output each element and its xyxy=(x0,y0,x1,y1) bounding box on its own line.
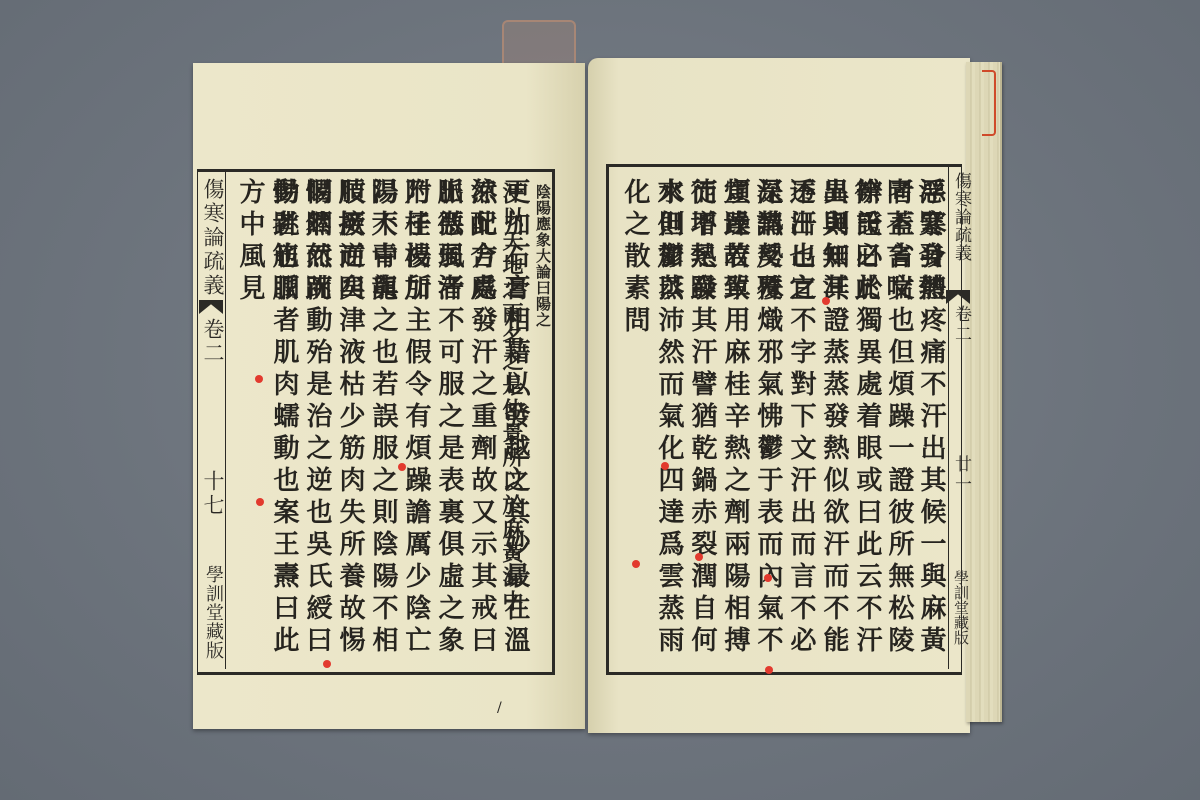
red-annotation-mark xyxy=(765,666,773,674)
red-annotation-mark xyxy=(323,660,331,668)
left-banxin-title: 傷寒論疏義 xyxy=(200,178,226,298)
right-banxin-publisher: 學訓堂藏版 xyxy=(950,570,972,645)
left-banxin-volume: 卷二 xyxy=(200,318,226,366)
red-annotation-mark xyxy=(632,560,640,568)
text-column: 動跳也瞤者肌肉蠕動也案王燾曰此方中風見 xyxy=(233,178,301,668)
red-annotation-mark xyxy=(764,574,772,582)
pencil-mark: / xyxy=(497,700,502,716)
text-column: 水則鬱蒸沛然而氣化四達爲雲蒸雨化之散素問 xyxy=(618,178,686,668)
left-banxin-leaf: 十七 xyxy=(200,470,226,518)
red-bookmark-tab xyxy=(982,70,996,136)
right-body-text: 惡寒頭痛若見重者必更提之此條脈浮緊發熱 惡寒身體疼痛不汗出其候一與麻黃同不言喘 … xyxy=(610,178,948,668)
right-banxin-leaf: 廿一 xyxy=(950,455,972,495)
red-annotation-mark xyxy=(695,553,703,561)
red-annotation-mark xyxy=(256,498,264,506)
red-annotation-mark xyxy=(398,463,406,471)
left-body-text: 陰陽應象大論曰陽之 汗以天地之雨名之是仲景所以於麻黃湯中 更加石膏相藉以發越之其… xyxy=(226,178,551,668)
right-banxin-title: 傷寒論疏義 xyxy=(950,172,972,262)
left-banxin-publisher: 學訓堂藏版 xyxy=(200,565,226,660)
red-annotation-mark xyxy=(255,375,263,383)
red-annotation-mark xyxy=(822,297,830,305)
right-banxin-volume: 卷二 xyxy=(950,305,972,345)
red-annotation-mark xyxy=(661,462,669,470)
